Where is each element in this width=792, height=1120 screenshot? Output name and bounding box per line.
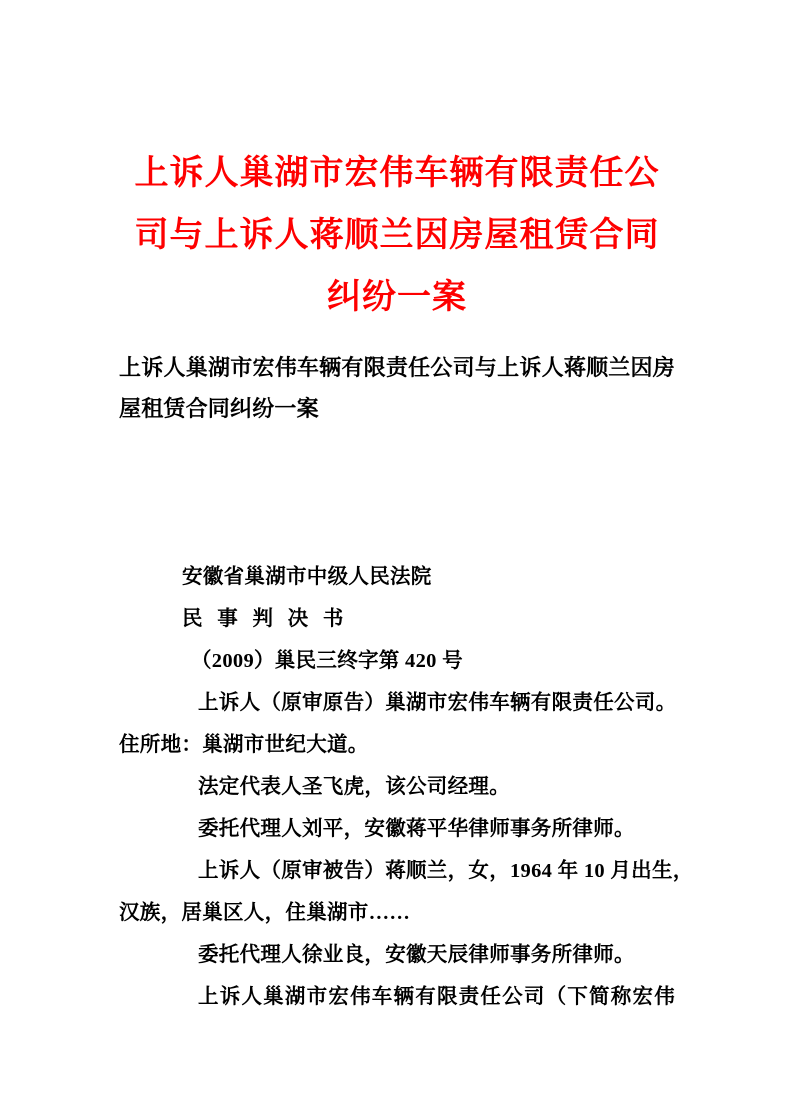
title-line-2: 司与上诉人蒋顺兰因房屋租赁合同 — [119, 205, 675, 267]
defendant-attorney-line: 委托代理人徐业良，安徽天辰律师事务所律师。 — [119, 934, 675, 976]
subtitle-line-1: 上诉人巢湖市宏伟车辆有限责任公司与上诉人蒋顺兰因房 — [119, 347, 675, 388]
document-type: 民 事 判 决 书 — [119, 598, 675, 640]
document-subtitle: 上诉人巢湖市宏伟车辆有限责任公司与上诉人蒋顺兰因房 屋租赁合同纠纷一案 — [119, 347, 675, 429]
judgment-body: 安徽省巢湖市中级人民法院 民 事 判 决 书 （2009）巢民三终字第 420 … — [119, 556, 675, 1018]
document-content: 上诉人巢湖市宏伟车辆有限责任公 司与上诉人蒋顺兰因房屋租赁合同 纠纷一案 上诉人… — [0, 0, 792, 1018]
title-line-1: 上诉人巢湖市宏伟车辆有限责任公 — [119, 143, 675, 205]
document-page: 上诉人巢湖市宏伟车辆有限责任公 司与上诉人蒋顺兰因房屋租赁合同 纠纷一案 上诉人… — [0, 0, 792, 1120]
appellant-defendant-line: 上诉人（原审被告）蒋顺兰，女，1964 年 10 月出生， — [119, 850, 675, 892]
plaintiff-attorney-line: 委托代理人刘平，安徽蒋平华律师事务所律师。 — [119, 808, 675, 850]
appellant-company-abbrev-line: 上诉人巢湖市宏伟车辆有限责任公司（下简称宏伟 — [119, 976, 675, 1018]
appellant-plaintiff-line: 上诉人（原审原告）巢湖市宏伟车辆有限责任公司。 — [119, 682, 675, 724]
appellant-plaintiff-address-line: 住所地：巢湖市世纪大道。 — [119, 724, 675, 766]
legal-representative-line: 法定代表人圣飞虎，该公司经理。 — [119, 766, 675, 808]
court-name: 安徽省巢湖市中级人民法院 — [119, 556, 675, 598]
defendant-info-continuation-line: 汉族，居巢区人，住巢湖市…… — [119, 892, 675, 934]
title-line-3: 纠纷一案 — [119, 267, 675, 329]
case-number: （2009）巢民三终字第 420 号 — [119, 640, 675, 682]
subtitle-line-2: 屋租赁合同纠纷一案 — [119, 388, 675, 429]
document-title: 上诉人巢湖市宏伟车辆有限责任公 司与上诉人蒋顺兰因房屋租赁合同 纠纷一案 — [119, 143, 675, 329]
